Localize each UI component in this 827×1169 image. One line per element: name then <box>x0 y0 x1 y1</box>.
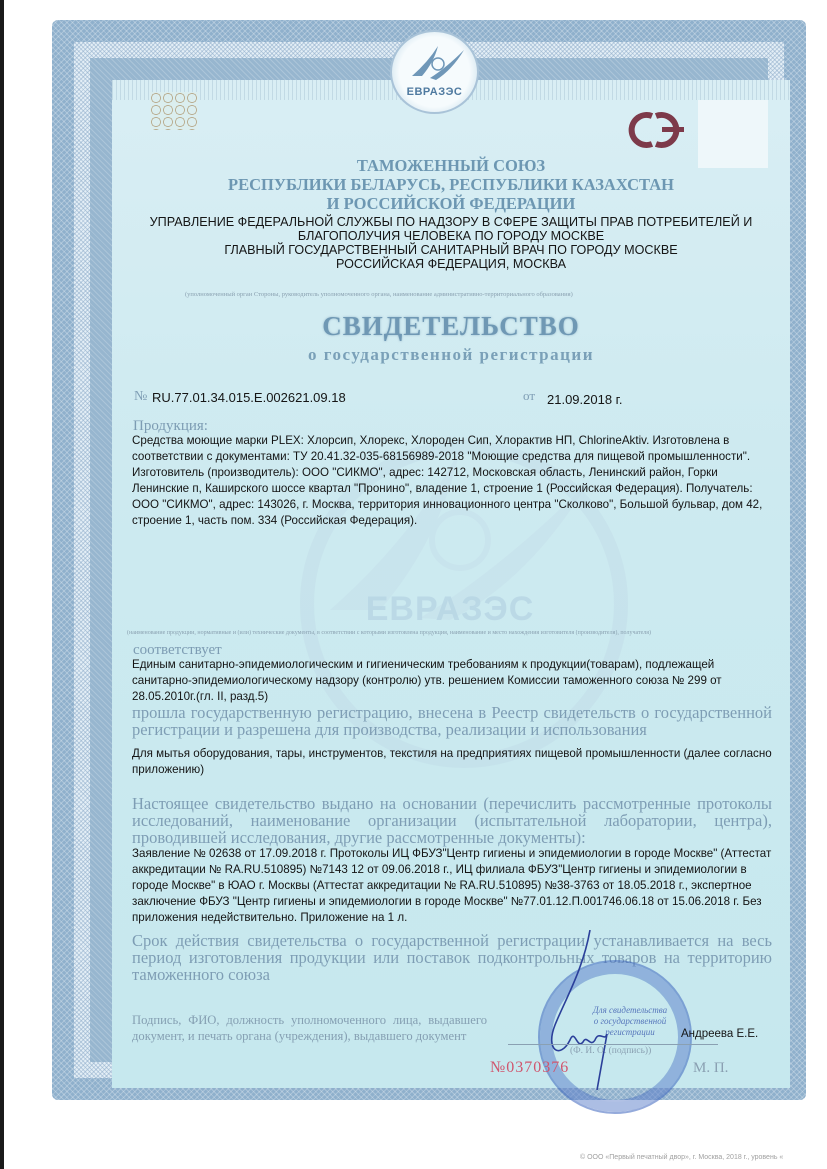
union-title-line-3: И РОССИЙСКОЙ ФЕДЕРАЦИИ <box>112 194 790 214</box>
basis-statement: Настоящее свидетельство выдано на основа… <box>132 795 772 846</box>
usage-text: Для мытья оборудования, тары, инструмент… <box>132 746 772 778</box>
printer-imprint: © ООО «Первый печатный двор», г. Москва,… <box>580 1154 783 1161</box>
authority-line-4: РОССИЙСКАЯ ФЕДЕРАЦИЯ, МОСКВА <box>112 256 790 272</box>
eurasec-emblem-icon <box>408 42 468 82</box>
eac-ce-mark-icon <box>612 108 696 152</box>
emblem-text: ЕВРАЗЭС <box>390 86 479 98</box>
product-caption: (наименование продукции, нормативные и (… <box>127 630 782 636</box>
date-label: от <box>523 388 535 404</box>
signature-line-caption: (Ф. И. О. (подпись)) <box>570 1046 651 1056</box>
registration-number: RU.77.01.34.015.E.002621.09.18 <box>152 390 346 405</box>
certificate-title: СВИДЕТЕЛЬСТВО <box>112 311 790 342</box>
authority-caption: (уполномоченный орган Стороны, руководит… <box>185 291 573 298</box>
number-sign: № <box>134 389 147 405</box>
basis-documents: Заявление № 02638 от 17.09.2018 г. Прото… <box>132 846 772 926</box>
registration-date: 21.09.2018 г. <box>547 392 622 407</box>
signature-line <box>508 1044 718 1045</box>
union-title-line-2: РЕСПУБЛИКИ БЕЛАРУСЬ, РЕСПУБЛИКИ КАЗАХСТА… <box>112 175 790 195</box>
scan-edge <box>0 0 4 1169</box>
product-description: Средства моющие марки PLEX: Хлорсип, Хло… <box>132 433 772 530</box>
hologram-icon <box>150 92 198 130</box>
compliance-text: Единым санитарно-эпидемиологическим и ги… <box>132 657 772 705</box>
validity-statement: Срок действия свидетельства о государств… <box>132 932 772 983</box>
watermark-text: ЕВРАЗЭС <box>300 590 600 629</box>
registration-statement: прошла государственную регистрацию, внес… <box>132 704 772 738</box>
signer-name: Андреева Е.Е. <box>681 1028 758 1040</box>
signature-caption: Подпись, ФИО, должность уполномоченного … <box>132 1013 487 1044</box>
blank-serial-number: №0370376 <box>490 1059 569 1077</box>
seal-place-label: М. П. <box>693 1060 728 1077</box>
certificate-subtitle: о государственной регистрации <box>112 345 790 365</box>
union-title-line-1: ТАМОЖЕННЫЙ СОЮЗ <box>112 156 790 176</box>
